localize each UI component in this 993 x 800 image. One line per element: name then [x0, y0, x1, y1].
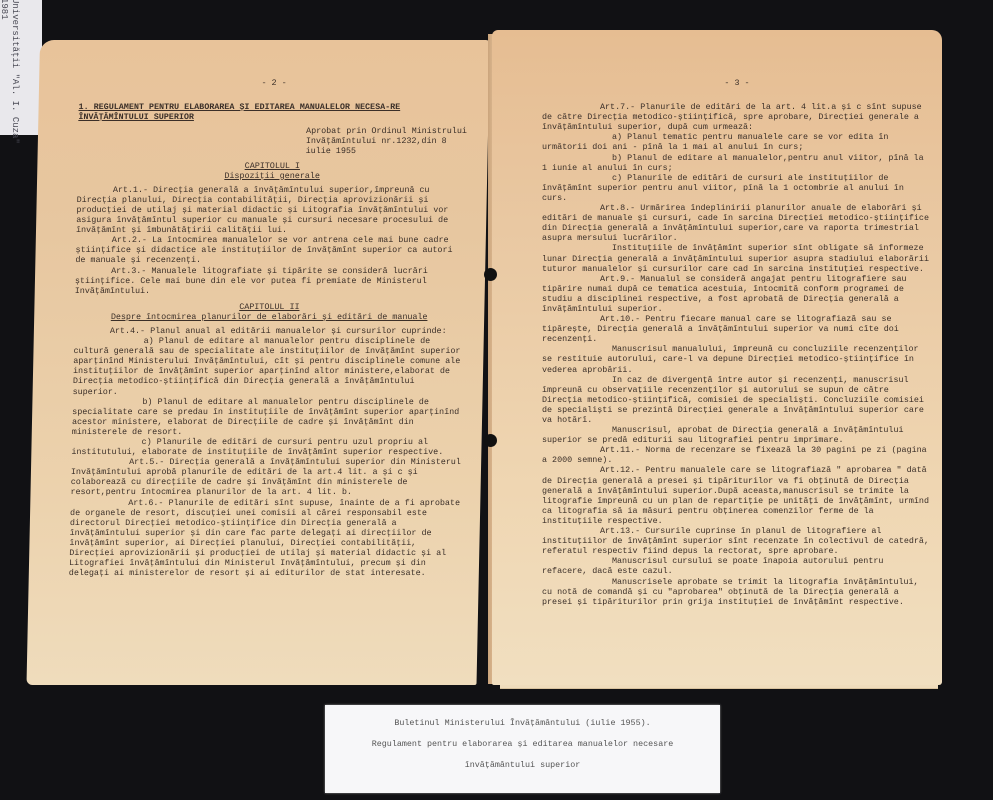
article-13: Art.13.- Cursurile cuprinse în planul de… — [542, 526, 932, 556]
article-7b: b) Planul de editare al manualelor,pentr… — [542, 153, 932, 173]
article-2: Art.2.- La întocmirea manualelor se vor … — [75, 235, 466, 265]
article-11: Art.11.- Norma de recenzare se fixează l… — [542, 445, 932, 465]
right-page: - 3 - Art.7.- Planurile de editări de la… — [492, 30, 942, 685]
article-1: Art.1.- Direcția generală a învățămîntul… — [76, 185, 467, 235]
chapter1-title: CAPITOLUL I — [77, 161, 467, 171]
article-4b: b) Planul de editare al manualelor pentr… — [72, 397, 463, 437]
chapter2-title: CAPITOLUL II — [74, 302, 464, 312]
article-13-paragraph-3: Manuscrisele aprobate se trimit la litog… — [542, 577, 932, 607]
article-4c: c) Planurile de editări de cursuri pentr… — [71, 437, 461, 457]
article-7a: a) Planul tematic pentru manualele care … — [542, 132, 932, 152]
article-10-paragraph-3: In caz de divergență între autor și rece… — [542, 375, 932, 425]
left-page-content: - 2 - 1. REGULAMENT PENTRU ELABORAREA ȘI… — [69, 78, 469, 578]
regulation-title: 1. REGULAMENT PENTRU ELABORAREA ȘI EDITA… — [78, 102, 468, 122]
article-3: Art.3.- Manualele litografiate și tipări… — [75, 266, 466, 296]
article-6: Art.6.- Planurile de editări sînt supuse… — [69, 498, 461, 579]
chapter2-subtitle: Despre întocmirea planurilor de elaborăr… — [74, 312, 464, 322]
left-page: - 2 - 1. REGULAMENT PENTRU ELABORAREA ȘI… — [26, 40, 490, 685]
chapter1-subtitle: Dispoziții generale — [77, 171, 467, 181]
article-10: Art.10.- Pentru fiecare manual care se l… — [542, 314, 932, 344]
side-label-text: Universității "Al. I. Cuza" 1981 — [0, 0, 20, 144]
article-8: Art.8.- Urmărirea îndeplinirii planurilo… — [542, 203, 932, 243]
article-7: Art.7.- Planurile de editări de la art. … — [542, 102, 932, 132]
article-9: Art.9.- Manualul se consideră angajat pe… — [542, 274, 932, 314]
right-page-number: - 3 - — [542, 78, 932, 88]
article-7c: c) Planurile de editări de cursuri ale i… — [542, 173, 932, 203]
article-5: Art.5.- Direcția generală a învățămîntul… — [70, 457, 461, 497]
article-4: Art.4.- Planul anual al editării manuale… — [74, 326, 464, 336]
approval-note: Aprobat prin Ordinul Ministrului Invățăm… — [306, 126, 469, 156]
right-page-content: - 3 - Art.7.- Planurile de editări de la… — [542, 78, 932, 607]
punch-hole-upper — [484, 268, 497, 281]
article-10-paragraph-4: Manuscrisul, aprobat de Direcția general… — [542, 425, 932, 445]
punch-hole-lower — [484, 434, 497, 447]
side-label-line1: Universității "Al. I. Cuza" — [10, 0, 20, 144]
article-10-paragraph-2: Manuscrisul manualului, împreună cu conc… — [542, 344, 932, 374]
exhibit-caption-card: Buletinul Ministerului Învățământului (i… — [325, 705, 720, 793]
left-page-number: - 2 - — [79, 78, 469, 88]
caption-line-3: învățământului superior — [325, 755, 720, 776]
article-13-paragraph-2: Manuscrisul cursului se poate înapoia au… — [542, 556, 932, 576]
side-label-card: Universității "Al. I. Cuza" 1981 — [0, 0, 42, 135]
article-8-paragraph-2: Instituțiile de învățămînt superior sînt… — [542, 243, 932, 273]
caption-line-1: Buletinul Ministerului Învățământului (i… — [325, 713, 720, 734]
caption-line-2: Regulament pentru elaborarea și editarea… — [325, 734, 720, 755]
article-12: Art.12.- Pentru manualele care se litogr… — [542, 465, 932, 526]
side-label-line2: 1981 — [0, 0, 9, 20]
article-4a: a) Planul de editare al manualelor pentr… — [73, 336, 464, 397]
